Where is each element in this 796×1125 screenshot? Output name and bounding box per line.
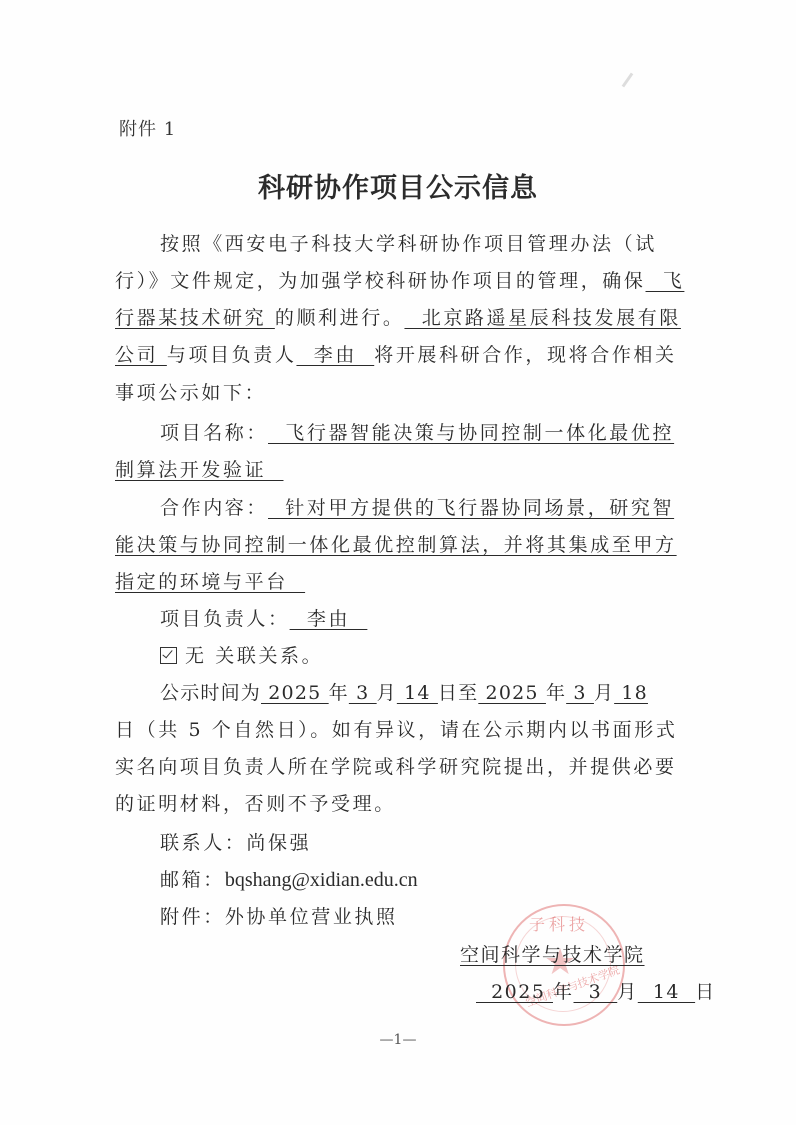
leader-name-fill: 李由: [296, 344, 374, 366]
month-char: 月: [617, 981, 638, 1003]
intro-text: 与项目负责人: [167, 344, 297, 366]
period-label: 公示时间为: [160, 682, 261, 704]
intro-text: 事项公示如下：: [115, 382, 266, 404]
signature-date: 2025 年 3 月 14 日: [476, 977, 716, 1004]
leader-label: 项目负责人：: [160, 608, 290, 630]
start-month: 3: [349, 682, 377, 704]
intro-text: 行）》文件规定，为加强学校科研协作项目的管理，确保: [115, 270, 646, 292]
email-link[interactable]: bqshang@xidian.edu.cn: [225, 869, 418, 891]
intro-text: 按照《西安电子科技大学科研协作项目管理办法（试: [160, 233, 657, 255]
cooperation-row-3: 指定的环境与平台: [115, 569, 677, 595]
start-year: 2025: [261, 682, 329, 704]
project-name-value: 飞行器智能决策与协同控制一体化最优控: [268, 422, 674, 444]
period-text: 实名向项目负责人所在学院或科学研究院提出，并提供必要: [115, 756, 677, 778]
period-row-4: 的证明材料，否则不予受理。: [115, 791, 677, 817]
year-char: 年: [546, 682, 566, 704]
page-number: —1—: [0, 1032, 796, 1048]
day-char: 日: [695, 981, 716, 1003]
checkbox-checked-icon: [160, 647, 177, 664]
signature-org: 空间科学与技术学院: [460, 940, 645, 967]
cooperation-value: 指定的环境与平台: [115, 571, 305, 593]
intro-line-3: 行器某技术研究 的顺利进行。 北京路遥星辰科技发展有限: [115, 305, 677, 331]
intro-line-4: 公司 与项目负责人 李由 将开展科研合作，现将合作相关: [115, 342, 677, 368]
month-char: 月: [377, 682, 397, 704]
end-month: 3: [566, 682, 594, 704]
cooperation-row: 合作内容： 针对甲方提供的飞行器协同场景，研究智: [160, 495, 677, 521]
email-label: 邮箱：: [160, 869, 225, 891]
period-text: 的证明材料，否则不予受理。: [115, 793, 396, 815]
signature-month: 3: [574, 981, 618, 1003]
cooperation-value: 针对甲方提供的飞行器协同场景，研究智: [268, 497, 674, 519]
cooperation-row-2: 能决策与协同控制一体化最优控制算法，并将其集成至甲方: [115, 532, 677, 558]
end-day: 18: [614, 682, 648, 704]
year-char: 年: [329, 682, 349, 704]
partner-company-fill: 公司: [115, 344, 167, 366]
day-to-text: 日至: [438, 682, 478, 704]
attachment-row-label: 附件：: [160, 906, 225, 928]
leader-row: 项目负责人： 李由: [160, 606, 677, 632]
project-name-row-2: 制算法开发验证: [115, 457, 677, 483]
project-name-value: 制算法开发验证: [115, 459, 283, 481]
research-topic-fill: 飞: [646, 270, 685, 292]
relation-row: 无 关联关系。: [160, 643, 677, 669]
contact-row: 联系人：尚保强: [160, 830, 677, 856]
month-char: 月: [594, 682, 614, 704]
leader-value: 李由: [290, 608, 368, 630]
cooperation-label: 合作内容：: [160, 497, 268, 519]
period-row-3: 实名向项目负责人所在学院或科学研究院提出，并提供必要: [115, 754, 677, 780]
project-name-row: 项目名称： 飞行器智能决策与协同控制一体化最优控: [160, 420, 677, 446]
period-text: 日（共 5 个自然日）。如有异议，请在公示期内以书面形式: [115, 719, 677, 741]
intro-line-2: 行）》文件规定，为加强学校科研协作项目的管理，确保 飞: [115, 268, 677, 294]
intro-line-5: 事项公示如下：: [115, 380, 677, 406]
intro-text: 将开展科研合作，现将合作相关: [374, 344, 676, 366]
signature-day: 14: [638, 981, 695, 1003]
scan-mark: [622, 73, 634, 88]
period-row: 公示时间为 2025 年 3 月 14 日至 2025 年 3 月 18: [160, 680, 677, 706]
document-page: 附件 1 科研协作项目公示信息 按照《西安电子科技大学科研协作项目管理办法（试 …: [0, 0, 796, 1125]
period-row-2: 日（共 5 个自然日）。如有异议，请在公示期内以书面形式: [115, 717, 677, 743]
start-day: 14: [397, 682, 438, 704]
signature-year: 2025: [476, 981, 553, 1003]
research-topic-fill: 行器某技术研究: [115, 307, 275, 329]
attachment-value: 外协单位营业执照: [225, 906, 398, 928]
contact-label: 联系人：: [160, 832, 246, 854]
relation-text: 无 关联关系。: [185, 645, 323, 667]
email-row: 邮箱：bqshang@xidian.edu.cn: [160, 867, 677, 893]
contact-name: 尚保强: [246, 832, 311, 854]
year-char: 年: [553, 981, 574, 1003]
end-year: 2025: [478, 682, 546, 704]
attachment-label: 附件 1: [119, 115, 176, 141]
cooperation-value: 能决策与协同控制一体化最优控制算法，并将其集成至甲方: [115, 534, 677, 556]
intro-text: 的顺利进行。: [275, 307, 405, 329]
document-title: 科研协作项目公示信息: [0, 166, 796, 205]
intro-line-1: 按照《西安电子科技大学科研协作项目管理办法（试: [160, 231, 677, 257]
project-name-label: 项目名称：: [160, 422, 268, 444]
seal-top-text: 子科技: [529, 912, 589, 935]
partner-company-fill: 北京路遥星辰科技发展有限: [404, 307, 680, 329]
